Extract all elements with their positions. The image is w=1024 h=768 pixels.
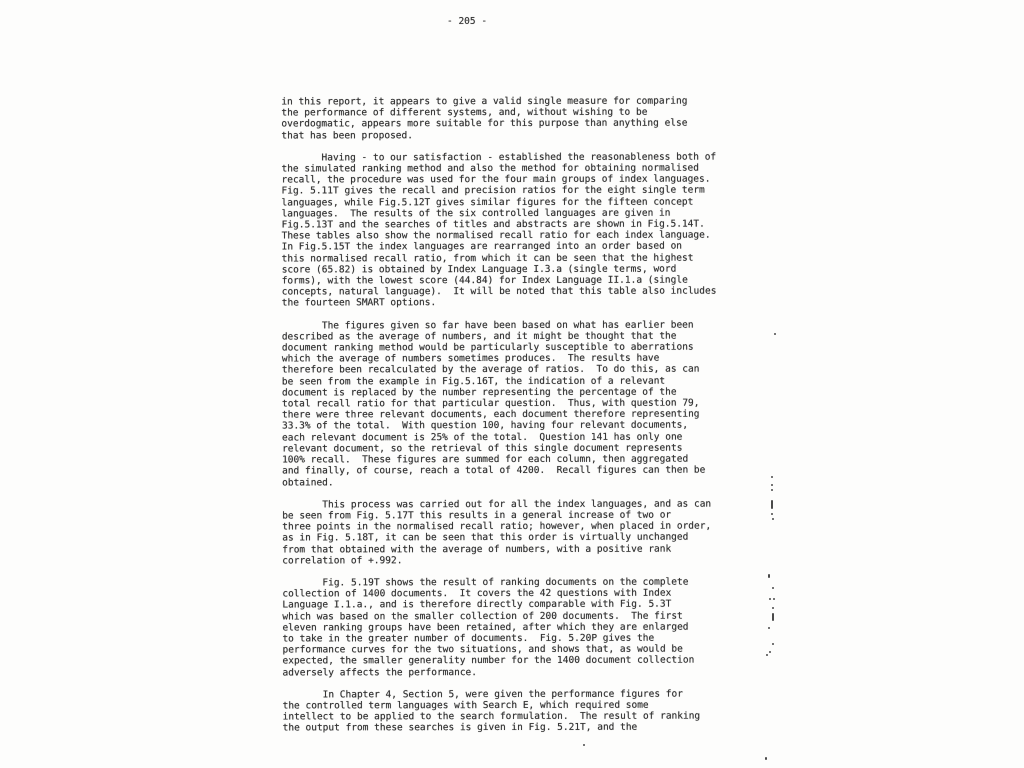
scan-speck: [771, 489, 773, 491]
scan-speck: [773, 598, 775, 600]
paragraph-2: Having - to our satisfaction - establish…: [281, 151, 725, 309]
scan-speck: [768, 627, 770, 629]
scanned-document-page: - 205 - in this report, it appears to gi…: [0, 0, 1024, 768]
scan-speck: [583, 744, 585, 746]
scan-speck: [772, 607, 774, 609]
scan-speck: [769, 598, 771, 600]
scan-speck: [766, 654, 768, 656]
scan-speck: [772, 518, 774, 520]
scan-speck: [771, 500, 773, 509]
paragraph-3: The figures given so far have been based…: [282, 319, 726, 488]
scan-speck: [771, 513, 773, 515]
page-number: - 205 -: [447, 16, 487, 27]
scan-speck: [774, 333, 776, 335]
paragraph-1: in this report, it appears to give a val…: [281, 96, 725, 142]
paragraph-6: In Chapter 4, Section 5, were given the …: [283, 688, 727, 734]
scan-speck: [771, 476, 773, 478]
document-text-block: in this report, it appears to give a val…: [281, 96, 726, 745]
scan-speck: [772, 587, 774, 589]
scan-speck: [772, 643, 774, 645]
paragraph-5: Fig. 5.19T shows the result of ranking d…: [282, 576, 726, 678]
scan-speck: [772, 613, 774, 621]
scan-speck: [768, 574, 770, 578]
scan-speck: [765, 757, 767, 760]
paragraph-4: This process was carried out for all the…: [282, 498, 726, 566]
scan-speck: [769, 651, 771, 653]
scan-speck: [771, 484, 773, 486]
